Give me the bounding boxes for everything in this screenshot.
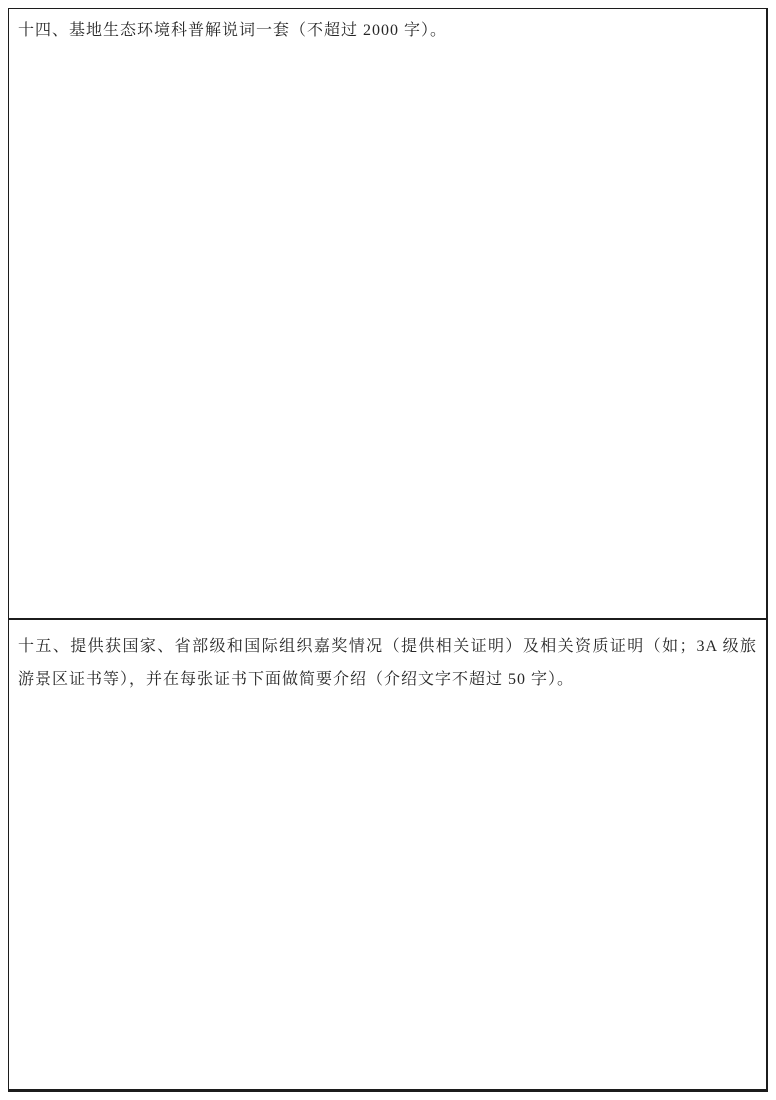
table-cell-item-14: 十四、基地生态环境科普解说词一套（不超过 2000 字）。 xyxy=(9,9,766,620)
table-cell-item-15: 十五、提供获国家、省部级和国际组织嘉奖情况（提供相关证明）及相关资质证明（如；3… xyxy=(9,620,766,1089)
item-15-text: 十五、提供获国家、省部级和国际组织嘉奖情况（提供相关证明）及相关资质证明（如；3… xyxy=(18,630,757,696)
document-page: 十四、基地生态环境科普解说词一套（不超过 2000 字）。 十五、提供获国家、省… xyxy=(0,0,776,1100)
document-table: 十四、基地生态环境科普解说词一套（不超过 2000 字）。 十五、提供获国家、省… xyxy=(8,8,768,1092)
item-14-text: 十四、基地生态环境科普解说词一套（不超过 2000 字）。 xyxy=(18,14,757,47)
